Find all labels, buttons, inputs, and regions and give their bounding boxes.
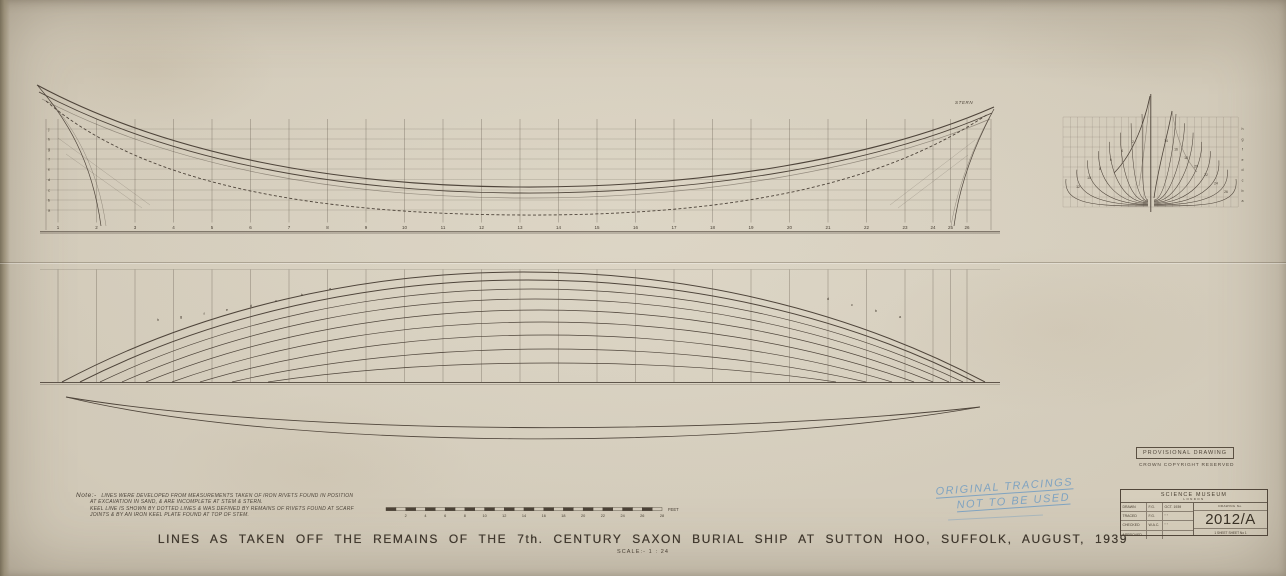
scale-bar-segment [573, 508, 583, 511]
sheer-line-third [42, 99, 990, 198]
halfbreadth-letter: g [180, 314, 182, 319]
body-section-number: 18 [1184, 156, 1188, 160]
scale-bar-number: 8 [464, 514, 466, 518]
museum-city: LONDON [1121, 497, 1267, 501]
scale-bar-segment [425, 508, 435, 511]
scale-bar-segment [534, 508, 544, 511]
waterline-letter: h [48, 136, 50, 141]
halfbreadth-letter: c [851, 302, 853, 307]
scale-bar-segment [554, 508, 564, 511]
station-number: 24 [930, 225, 936, 230]
station-number: 11 [441, 225, 446, 230]
station-number: 4 [172, 225, 175, 230]
title-block-cell: F.G. [1147, 512, 1163, 520]
bow-section-curve [1077, 170, 1148, 205]
title-block-cell: TRACED [1121, 512, 1147, 520]
station-number: 10 [402, 225, 408, 230]
body-section-number: 6 [1110, 158, 1112, 162]
body-plan-letter: f [1242, 148, 1243, 152]
waterline-curve [62, 272, 985, 382]
title-block-cell [1147, 531, 1163, 539]
waterline-letter: d [48, 177, 50, 182]
body-plan-letter: d [1242, 168, 1244, 172]
halfbreadth-letter: b [875, 308, 878, 313]
scale-bar-segment [475, 508, 485, 511]
bow-section-curve [1131, 123, 1148, 201]
stem-section-left-2 [1139, 96, 1150, 186]
title-block-cell: APPROVED [1121, 531, 1147, 539]
body-plan-letter: e [1242, 158, 1244, 162]
waterline-curve [80, 280, 975, 382]
halfbreadth-letter: f [203, 311, 205, 316]
scale-bar-number: 16 [542, 514, 546, 518]
scale-bar-number: 26 [640, 514, 644, 518]
waterline-curve [100, 289, 963, 382]
sheer-line-outer [37, 85, 994, 187]
body-section-number: 10 [1087, 176, 1091, 180]
scale-bar-number: 28 [660, 514, 664, 518]
bow-diagonal-1 [58, 138, 150, 205]
scale-bar-segment [514, 508, 524, 511]
keel-plank-upper-edge [66, 397, 980, 428]
station-number: 13 [517, 225, 523, 230]
body-plan-letter: a [1242, 199, 1244, 203]
scale-bar-segment [642, 508, 652, 511]
scale-bar-segment [494, 508, 504, 511]
halfbreadth-letter: d [827, 296, 829, 301]
station-number: 26 [964, 225, 970, 230]
station-number: 3 [134, 225, 137, 230]
scale-bar-segment [623, 508, 633, 511]
title-block-row: APPROVED [1121, 531, 1193, 539]
waterline-curve [200, 335, 892, 382]
title-block-cell: OCT. 1939 [1163, 503, 1193, 511]
drawing-number: 2012/A [1194, 511, 1267, 528]
station-number: 20 [787, 225, 793, 230]
scale-bar-segment [652, 508, 662, 511]
profile-plan-hull-curves [37, 85, 994, 226]
station-number: 22 [864, 225, 870, 230]
scale-bar-number: 22 [601, 514, 605, 518]
body-plan-letter: h [1242, 127, 1244, 131]
drawing-number-label: DRAWING No. [1194, 503, 1267, 511]
scale-label: SCALE:- 1 : 24 [0, 549, 1286, 555]
halfbreadth-letter: a [899, 314, 902, 319]
scale-bar-segment [563, 508, 573, 511]
sheet-note: 1 SHEET SHEET No 1 [1194, 528, 1267, 537]
scale-bar-segment [544, 508, 554, 511]
title-block-cell: F.G. [1147, 503, 1163, 511]
station-number: 25 [948, 225, 954, 230]
scale-bar-number: 10 [482, 514, 486, 518]
body-section-number: 12 [1076, 185, 1080, 189]
station-number: 6 [249, 225, 252, 230]
scale-bar-segment [524, 508, 534, 511]
title-block-signoff-table: DRAWNF.G.OCT. 1939TRACEDF.G." "CHECKEDW.… [1121, 503, 1194, 536]
half-breadth-plan: hgfedcbadcba [40, 270, 1000, 385]
waterline-letter: j [48, 126, 50, 131]
title-block-cell: CHECKED [1121, 521, 1147, 529]
scale-bar-segment [504, 508, 514, 511]
scale-bar-segment [406, 508, 416, 511]
scale-bar-segment [593, 508, 603, 511]
fold-crease [0, 262, 1286, 263]
stern-label: STERN [955, 100, 973, 105]
station-number: 15 [594, 225, 600, 230]
station-number: 5 [211, 225, 214, 230]
stern-section-curve [1154, 123, 1185, 201]
halfbreadth-letter: e [226, 307, 229, 312]
scale-bar-segment [416, 508, 426, 511]
scale-bar-number: 20 [581, 514, 585, 518]
keel-plank-curve [66, 397, 980, 439]
station-number: 12 [479, 225, 485, 230]
keel-plank-lower-edge [66, 397, 980, 439]
scale-bar-segment [396, 508, 406, 511]
title-block-cell [1163, 531, 1193, 539]
body-plan-stem-curves [1114, 94, 1197, 212]
title-block-row: DRAWNF.G.OCT. 1939 [1121, 503, 1193, 512]
scale-bar-number: 4 [424, 514, 426, 518]
scale-bar-segment [386, 508, 396, 511]
crown-copyright-line: CROWN COPYRIGHT RESERVED [1139, 463, 1234, 468]
waterline-curve [172, 322, 914, 382]
title-block-header: SCIENCE MUSEUM LONDON [1121, 490, 1267, 503]
station-number: 2 [95, 225, 98, 230]
waterline-letter: g [48, 146, 50, 151]
scale-bar-segment [603, 508, 613, 511]
stem-section-left [1114, 96, 1150, 173]
scale-bar-segment [465, 508, 475, 511]
station-number: 17 [671, 225, 677, 230]
body-section-number: 2 [1132, 140, 1134, 144]
lines-plan-linework: jhgfedcba1234567891011121314151617181920… [0, 0, 1286, 576]
scale-bar-segment [455, 508, 465, 511]
scale-bar-segment [445, 508, 455, 511]
note-label: Note:- [76, 492, 97, 499]
title-block-cell: " " [1163, 521, 1193, 529]
station-number: 8 [326, 225, 329, 230]
body-plan-letter: c [1242, 179, 1244, 183]
scale-bar-segment [632, 508, 642, 511]
scale-bar: 246810121416182022242628FEET [386, 507, 679, 518]
station-number: 9 [365, 225, 368, 230]
station-number: 7 [288, 225, 291, 230]
scanned-ship-lines-drawing: jhgfedcba1234567891011121314151617181920… [0, 0, 1286, 576]
body-section-number: 20 [1194, 165, 1198, 169]
body-section-number: 24 [1214, 182, 1218, 186]
station-number: 1 [57, 225, 60, 230]
halfbreadth-letter: d [250, 303, 252, 308]
station-number: 16 [633, 225, 639, 230]
body-section-number: 22 [1204, 173, 1208, 177]
stern-post-line [954, 109, 994, 226]
body-section-number: 8 [1099, 167, 1101, 171]
scale-bar-number: 18 [561, 514, 565, 518]
title-block-cell: " " [1163, 512, 1193, 520]
scale-bar-number: 2 [405, 514, 407, 518]
halfbreadth-letter: c [275, 298, 277, 303]
drawing-title: LINES AS TAKEN OFF THE REMAINS OF THE 7t… [0, 532, 1286, 546]
halfbreadth-letter: b [301, 292, 304, 297]
body-section-number: 14 [1164, 139, 1168, 143]
scale-bar-number: 12 [502, 514, 506, 518]
stern-section-right [1154, 111, 1172, 198]
note-line-4: JOINTS & BY AN IRON KEEL PLATE FOUND AT … [90, 512, 376, 518]
scale-bar-number: 14 [522, 514, 526, 518]
profile-plan-grid: jhgfedcba1234567891011121314151617181920… [40, 119, 1000, 234]
station-number: 19 [748, 225, 754, 230]
station-number: 23 [902, 225, 908, 230]
station-number: 21 [825, 225, 831, 230]
body-plan-letter: g [1242, 137, 1244, 141]
body-plan-letter: b [1242, 189, 1244, 193]
scale-bar-segment [435, 508, 445, 511]
title-block-cell: W.A.C. [1147, 521, 1163, 529]
scale-bar-segment [583, 508, 593, 511]
halfbreadth-letter: a [329, 286, 332, 291]
station-number: 14 [556, 225, 562, 230]
title-block-row: CHECKEDW.A.C." " [1121, 521, 1193, 530]
scale-bar-unit: FEET [668, 507, 679, 512]
body-section-number: 4 [1121, 149, 1123, 153]
title-block-row: TRACEDF.G." " [1121, 512, 1193, 521]
scale-bar-segment [613, 508, 623, 511]
paper-left-edge [0, 0, 10, 576]
note-block: Note:- LINES WERE DEVELOPED FROM MEASURE… [76, 493, 376, 519]
halfbreadth-letter: h [157, 317, 159, 322]
body-section-number: 16 [1174, 148, 1178, 152]
scale-bar-segment [485, 508, 495, 511]
waterline-letter: c [48, 187, 50, 192]
scale-bar-number: 6 [444, 514, 446, 518]
provisional-drawing-stamp: PROVISIONAL DRAWING [1136, 447, 1234, 459]
scale-bar-number: 24 [620, 514, 624, 518]
station-number: 18 [710, 225, 716, 230]
title-block: SCIENCE MUSEUM LONDON DRAWNF.G.OCT. 1939… [1120, 489, 1268, 536]
body-section-number: 26 [1224, 190, 1228, 194]
title-block-cell: DRAWN [1121, 503, 1147, 511]
